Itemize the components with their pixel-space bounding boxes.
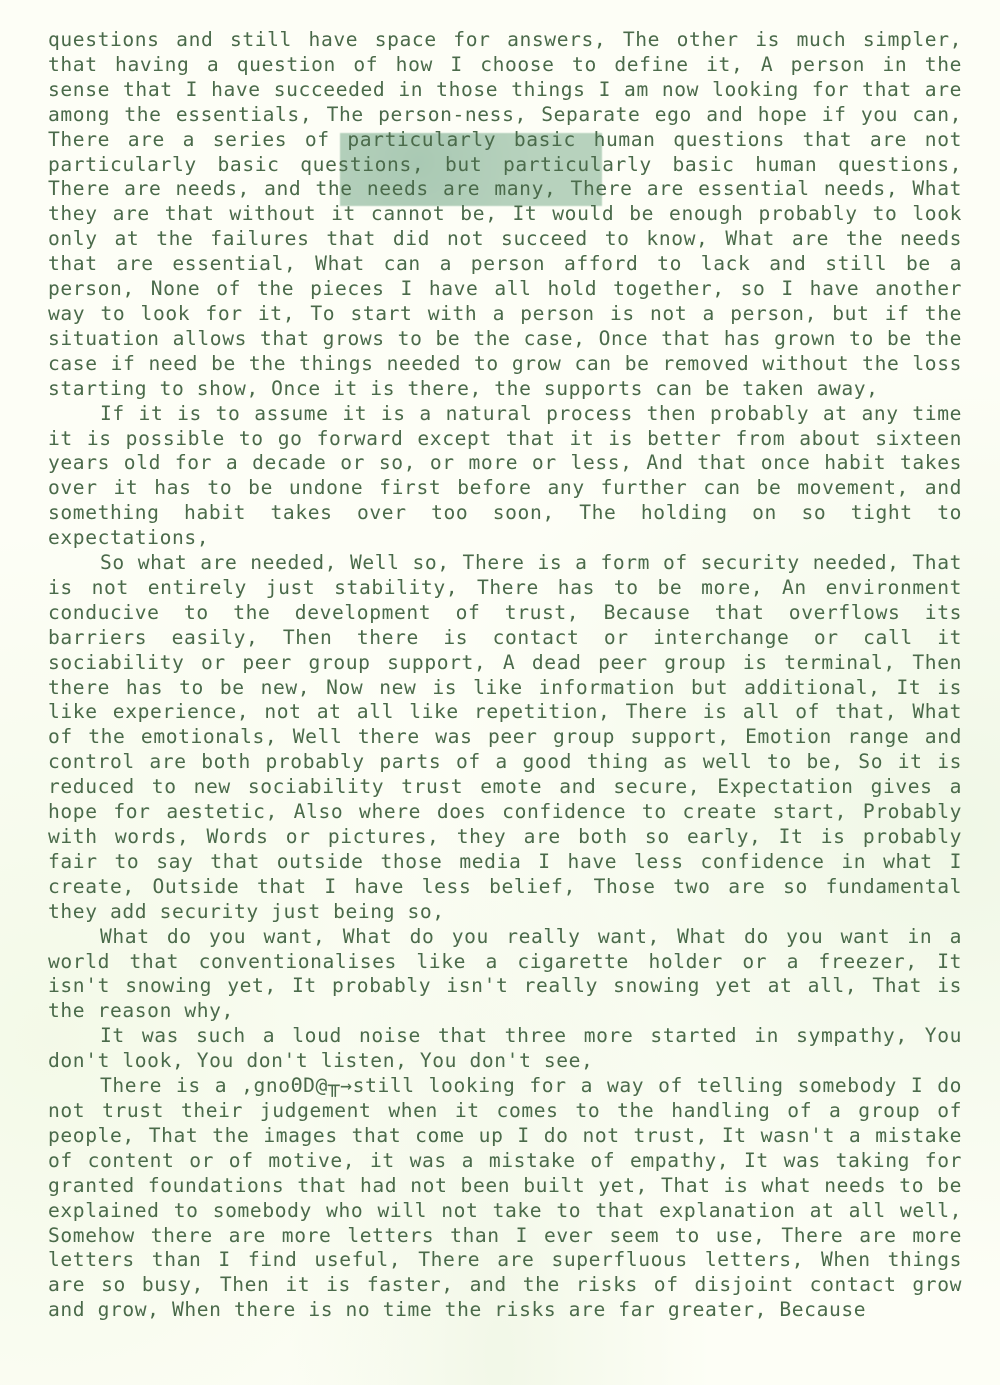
paragraph-5: It was such a loud noise that three more… <box>48 1024 962 1074</box>
typed-page: questions and still have space for answe… <box>48 28 962 1323</box>
paragraph-2: If it is to assume it is a natural proce… <box>48 402 962 551</box>
paragraph-6: There is a ,gnoΘD@╥→still looking for a … <box>48 1074 962 1323</box>
paragraph-3: So what are needed, Well so, There is a … <box>48 551 962 925</box>
paragraph-4: What do you want, What do you really wan… <box>48 925 962 1025</box>
paragraph-1: questions and still have space for answe… <box>48 28 962 402</box>
